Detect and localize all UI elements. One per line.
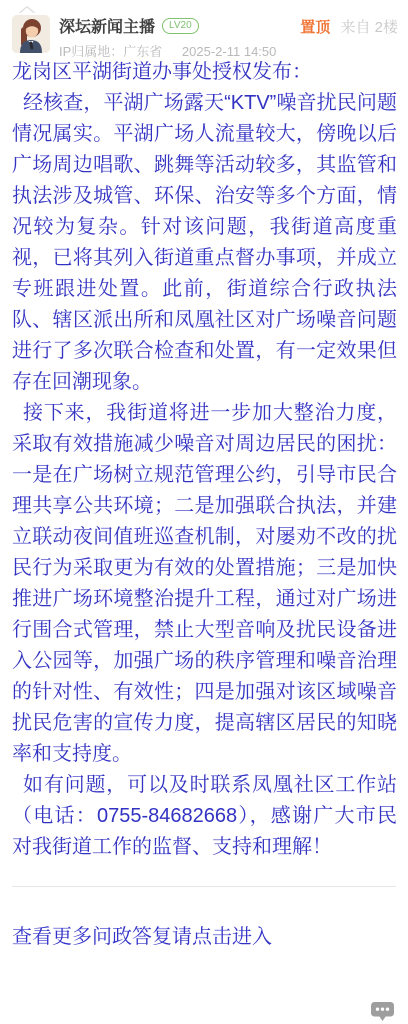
- post-paragraph: 如有问题，可以及时联系凤凰社区工作站（电话：0755-84682668），感谢广…: [12, 770, 397, 863]
- avatar-illustration: [12, 15, 50, 53]
- header-main: 深坛新闻主播 LV20 置顶 来自 2楼 IP归属地：广东省 2025-2-11…: [59, 12, 398, 60]
- floor-label: 来自 2楼: [340, 19, 398, 36]
- post-paragraph: 经核查，平湖广场露天“KTV”噪音扰民问题情况属实。平湖广场人流量较大，傍晚以后…: [12, 88, 397, 398]
- post-header: 深坛新闻主播 LV20 置顶 来自 2楼 IP归属地：广东省 2025-2-11…: [12, 12, 398, 60]
- post-body: 龙岗区平湖街道办事处授权发布： 经核查，平湖广场露天“KTV”噪音扰民问题情况属…: [12, 57, 397, 885]
- header-right: 置顶 来自 2楼: [300, 15, 398, 37]
- divider: [12, 886, 396, 887]
- more-replies-link[interactable]: 查看更多问政答复请点击进入: [12, 920, 272, 949]
- avatar[interactable]: [12, 15, 50, 53]
- username[interactable]: 深坛新闻主播: [59, 14, 155, 37]
- level-badge: LV20: [162, 18, 199, 34]
- post-card: 深坛新闻主播 LV20 置顶 来自 2楼 IP归属地：广东省 2025-2-11…: [0, 0, 408, 1024]
- post-paragraph: 接下来，我街道将进一步加大整治力度，采取有效措施减少噪音对周边居民的困扰：一是在…: [12, 398, 397, 770]
- comment-bubble-icon[interactable]: [370, 1001, 395, 1022]
- post-paragraph: 龙岗区平湖街道办事处授权发布：: [12, 57, 397, 88]
- pinned-badge: 置顶: [300, 19, 330, 36]
